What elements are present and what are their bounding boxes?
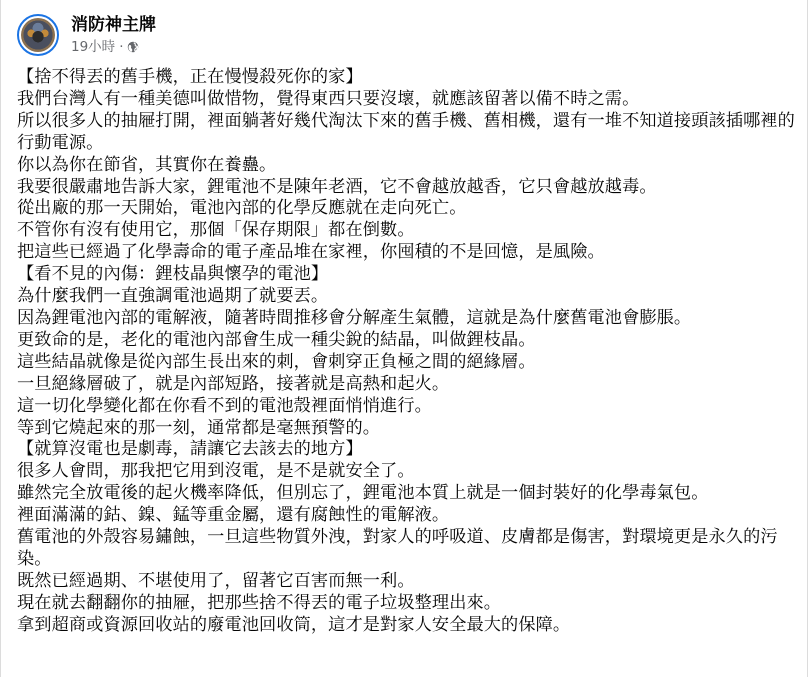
post-time[interactable]: 19小時 [71,37,115,57]
body-line: 拿到超商或資源回收站的廢電池回收筒，這才是對家人安全最大的保障。 [17,615,797,637]
timestamp-row: 19小時 · [71,37,156,57]
body-line: 這些結晶就像是從內部生長出來的刺，會刺穿正負極之間的絕緣層。 [17,352,797,374]
globe-icon[interactable] [127,41,139,53]
body-line: 為什麼我們一直強調電池過期了就要丟。 [17,286,797,308]
post-meta: 消防神主牌 19小時 · [71,14,156,57]
avatar-image [21,18,55,52]
body-line: 等到它燒起來的那一刻，通常都是毫無預警的。 [17,418,797,440]
post-body: 【捨不得丟的舊手機，正在慢慢殺死你的家】 我們台灣人有一種美德叫做惜物，覺得東西… [17,67,797,637]
separator-dot: · [119,37,123,57]
body-line: 很多人會問，那我把它用到沒電，是不是就安全了。 [17,461,797,483]
body-line: 更致命的是，老化的電池內部會生成一種尖銳的結晶，叫做鋰枝晶。 [17,330,797,352]
body-line: 裡面滿滿的鈷、鎳、錳等重金屬，還有腐蝕性的電解液。 [17,505,797,527]
body-line: 行動電源。 [17,133,797,155]
heading-2: 【看不見的內傷：鋰枝晶與懷孕的電池】 [17,264,797,286]
body-line: 把這些已經過了化學壽命的電子產品堆在家裡，你囤積的不是回憶，是風險。 [17,242,797,264]
body-line: 一旦絕緣層破了，就是內部短路，接著就是高熱和起火。 [17,374,797,396]
body-line: 因為鋰電池內部的電解液，隨著時間推移會分解產生氣體，這就是為什麼舊電池會膨脹。 [17,308,797,330]
heading-3: 【就算沒電也是劇毒，請讓它去該去的地方】 [17,439,797,461]
body-line: 我要很嚴肅地告訴大家，鋰電池不是陳年老酒，它不會越放越香，它只會越放越毒。 [17,177,797,199]
post-card: 消防神主牌 19小時 · 【捨不得丟的舊手機，正在慢慢殺死你的家】 我們台灣人有… [0,0,808,677]
post-header: 消防神主牌 19小時 · [17,11,156,59]
body-line: 你以為你在節省，其實你在養蠱。 [17,155,797,177]
heading-1: 【捨不得丟的舊手機，正在慢慢殺死你的家】 [17,67,797,89]
author-name[interactable]: 消防神主牌 [71,14,156,36]
body-line: 我們台灣人有一種美德叫做惜物，覺得東西只要沒壞，就應該留著以備不時之需。 [17,89,797,111]
body-line: 所以很多人的抽屜打開，裡面躺著好幾代淘汰下來的舊手機、舊相機，還有一堆不知道接頭… [17,111,797,133]
body-line: 不管你有沒有使用它，那個「保存期限」都在倒數。 [17,220,797,242]
body-line: 染。 [17,549,797,571]
body-line: 現在就去翻翻你的抽屜，把那些捨不得丟的電子垃圾整理出來。 [17,593,797,615]
body-line: 從出廠的那一天開始，電池內部的化學反應就在走向死亡。 [17,198,797,220]
body-line: 舊電池的外殼容易鏽蝕，一旦這些物質外洩，對家人的呼吸道、皮膚都是傷害，對環境更是… [17,527,797,549]
body-line: 既然已經過期、不堪使用了，留著它百害而無一利。 [17,571,797,593]
body-line: 雖然完全放電後的起火機率降低，但別忘了，鋰電池本質上就是一個封裝好的化學毒氣包。 [17,483,797,505]
avatar[interactable] [17,14,59,56]
body-line: 這一切化學變化都在你看不到的電池殼裡面悄悄進行。 [17,396,797,418]
